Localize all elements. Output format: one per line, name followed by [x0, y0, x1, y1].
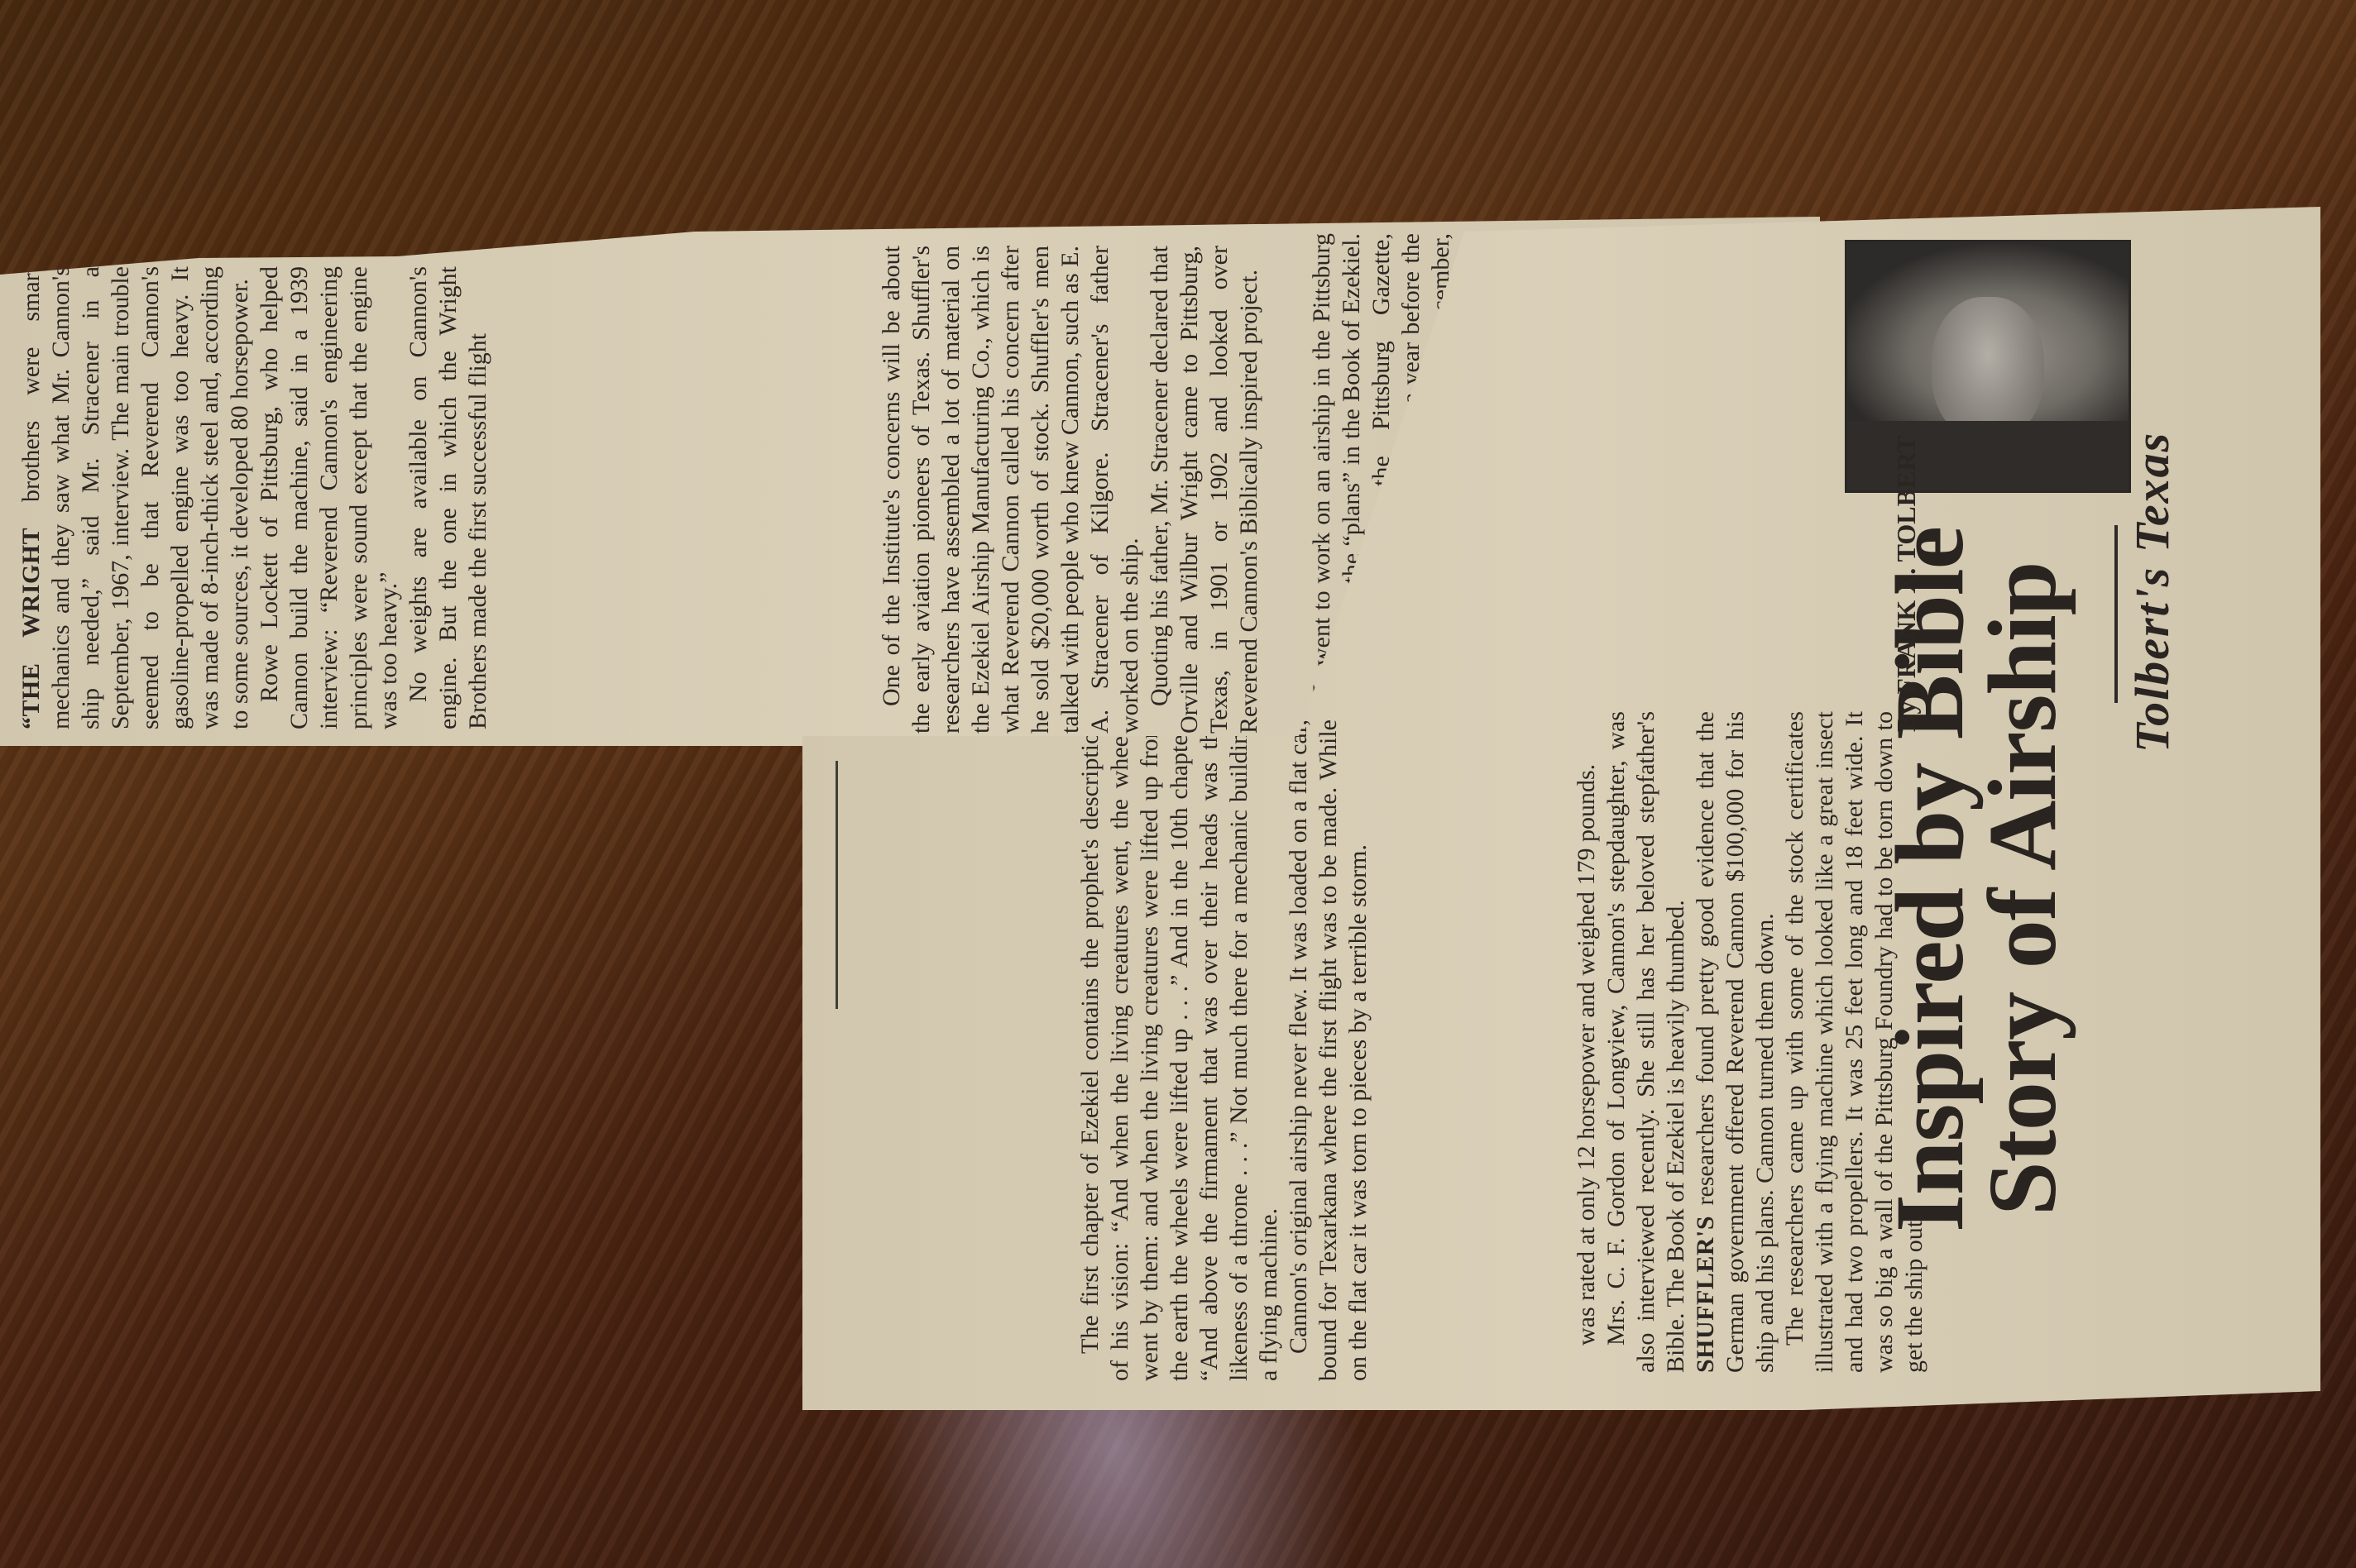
paragraph-lead-in: SHUFFLER'S: [1692, 1216, 1719, 1373]
article-column-6: The first chapter of Ezekiel contains th…: [1075, 719, 1373, 1381]
article-paragraph: One of the Institute's concerns will be …: [877, 246, 1145, 734]
article-paragraph: The first chapter of Ezekiel contains th…: [1075, 719, 1284, 1381]
article-end-rule: [836, 761, 838, 1009]
article-column-4: “THE WRIGHT brothers were smart mechanic…: [17, 266, 493, 729]
article-paragraph: Cannon's original airship never flew. It…: [1284, 719, 1373, 1381]
columnist-photo: [1845, 240, 2131, 493]
article-paragraph: SHUFFLER'S researchers found pretty good…: [1691, 711, 1780, 1373]
portrait-face-icon: [1932, 297, 2044, 441]
headline-line-1: Story of Airship: [1971, 562, 2075, 1216]
kicker-rule: [2114, 525, 2118, 703]
article-column-3: One of the Institute's concerns will be …: [877, 246, 1264, 734]
portrait-suit-icon: [1847, 421, 2129, 490]
byline: By FRANK X. TOLBERT: [1891, 435, 1922, 732]
article-paragraph: Quoting his father, Mr. Stracener declar…: [1145, 246, 1264, 734]
article-paragraph: Mrs. C. F. Gordon of Longview, Cannon's …: [1602, 711, 1691, 1373]
article-paragraph: was rated at only 12 horsepower and weig…: [1572, 711, 1602, 1373]
article-column-5: was rated at only 12 horsepower and weig…: [1572, 711, 1929, 1373]
paragraph-lead-in: “THE WRIGHT: [17, 528, 45, 729]
article-paragraph: The researchers came up with some of the…: [1780, 711, 1929, 1373]
article-paragraph: Rowe Lockett of Pittsburg, who helped Ca…: [255, 266, 404, 729]
article-paragraph: No weights are available on Cannon's eng…: [404, 266, 493, 729]
article-paragraph: “THE WRIGHT brothers were smart mechanic…: [17, 266, 255, 729]
column-name: Tolbert's Texas: [2124, 432, 2180, 753]
